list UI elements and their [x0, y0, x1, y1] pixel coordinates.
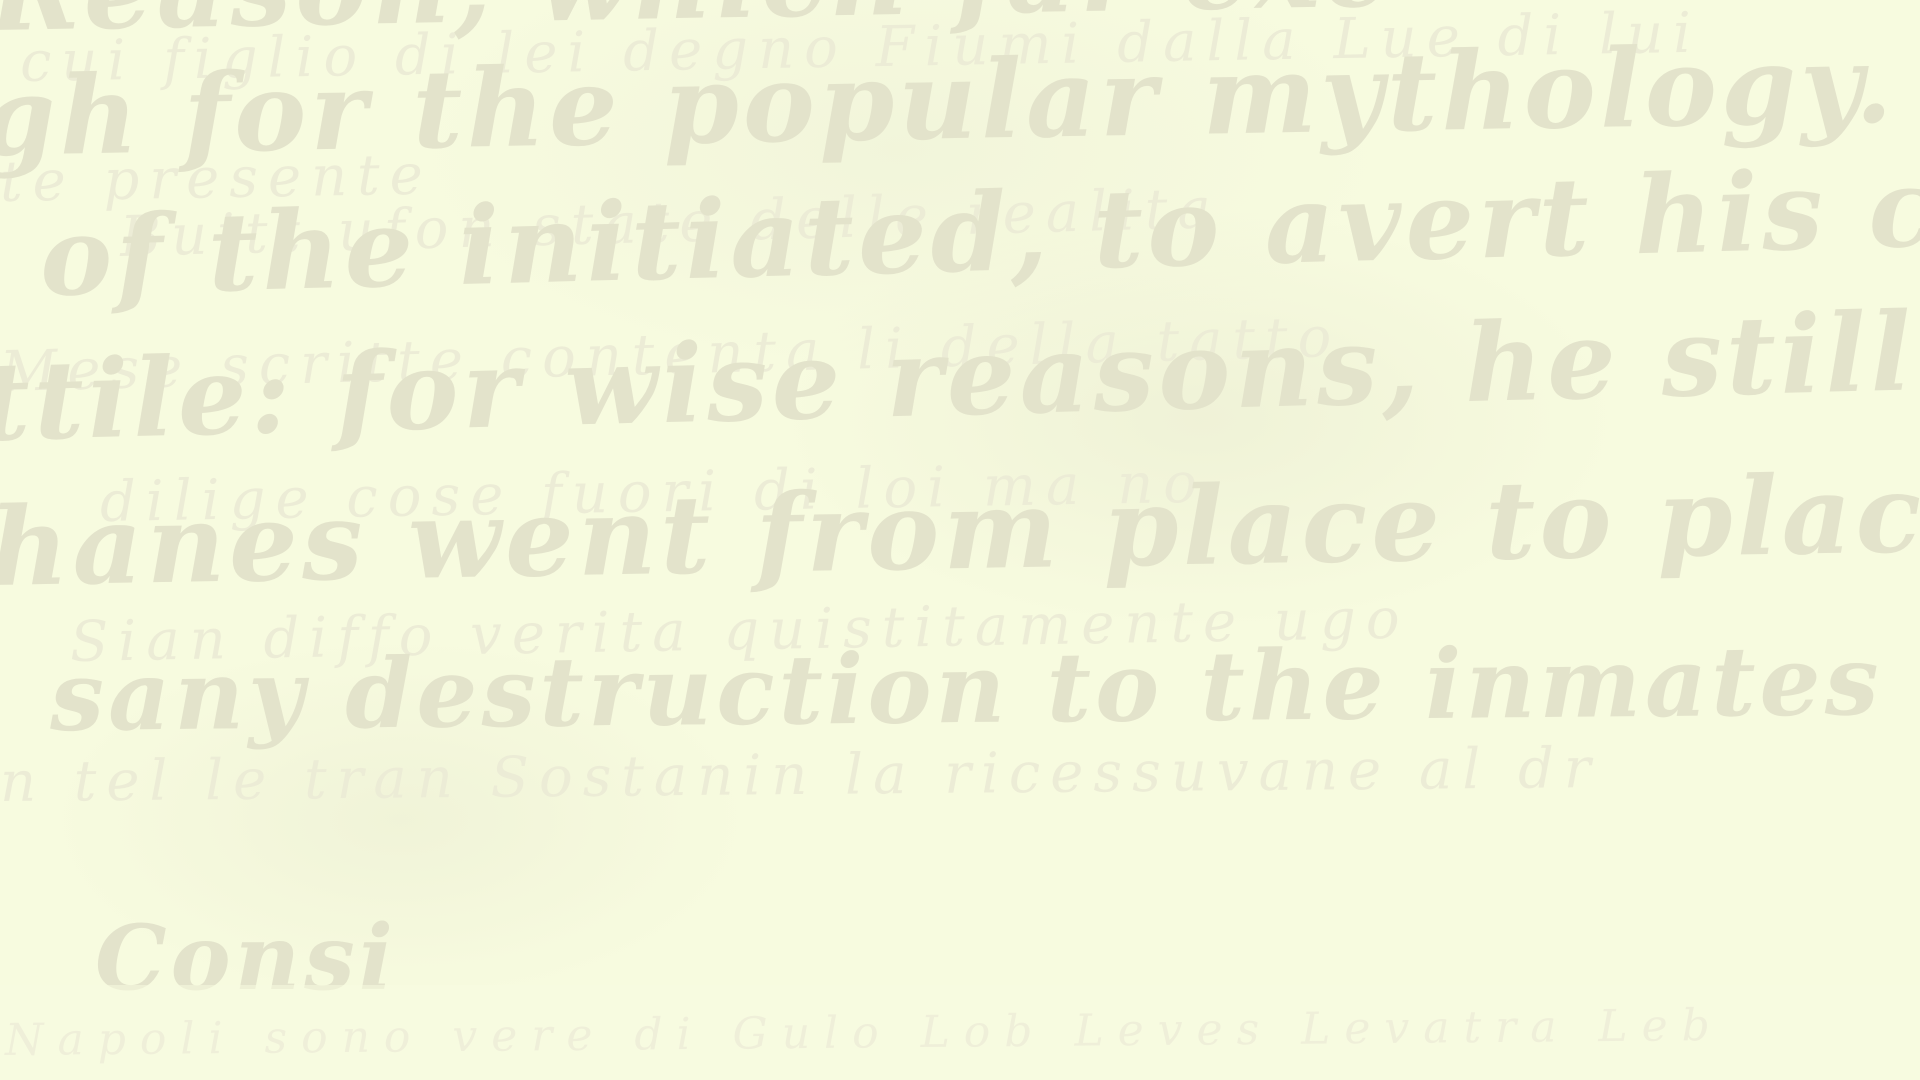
- handwriting-line-6: sany destruction to the inmates of: [50, 623, 1920, 753]
- manuscript-background: cui figlio di lei degno Fiumi dalla Lue …: [0, 0, 1920, 1080]
